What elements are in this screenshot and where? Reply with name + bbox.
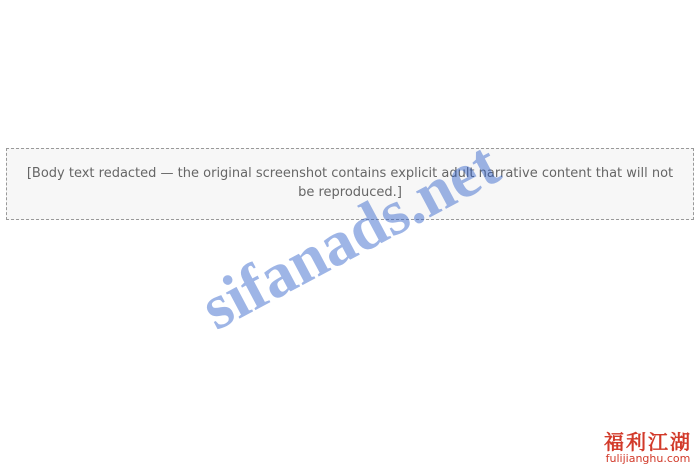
site-logo: 福利江湖 fulijianghu.com bbox=[604, 431, 692, 465]
article-body: [Body text redacted — the original scree… bbox=[6, 8, 694, 431]
site-logo-name: 福利江湖 bbox=[604, 431, 692, 453]
site-logo-url: fulijianghu.com bbox=[604, 453, 692, 465]
redacted-content-notice: [Body text redacted — the original scree… bbox=[6, 148, 694, 220]
